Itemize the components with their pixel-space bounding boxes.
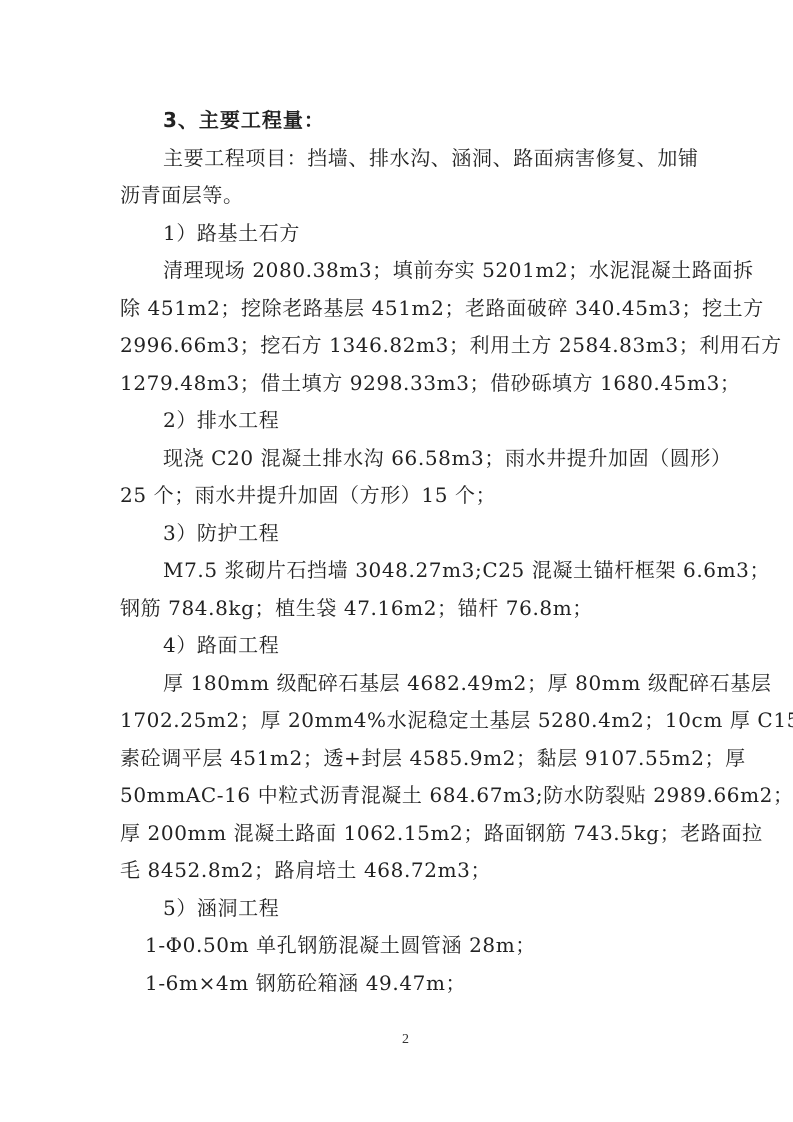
- paragraph-line: 厚 200mm 混凝土路面 1062.15m2；路面钢筋 743.5kg；老路面…: [120, 821, 763, 845]
- paragraph-line: M7.5 浆砌片石挡墙 3048.27m3;C25 混凝土锚杆框架 6.6m3；: [163, 558, 770, 582]
- paragraph-line: 2996.66m3；挖石方 1346.82m3；利用土方 2584.83m3；利…: [120, 333, 782, 357]
- paragraph-line: 现浇 C20 混凝土排水沟 66.58m3；雨水井提升加固（圆形）: [163, 446, 732, 470]
- paragraph-line: 1279.48m3；借土填方 9298.33m3；借砂砾填方 1680.45m3…: [120, 371, 741, 395]
- subsection-heading-protection: 3）防护工程: [163, 521, 279, 545]
- subsection-heading-pavement: 4）路面工程: [163, 633, 279, 657]
- page-number: 2: [402, 1032, 409, 1048]
- paragraph-line: 25 个；雨水井提升加固（方形）15 个；: [120, 483, 496, 507]
- subsection-heading-subgrade: 1）路基土石方: [163, 221, 300, 245]
- paragraph-line: 清理现场 2080.38m3；填前夯实 5201m2；水泥混凝土路面拆: [163, 258, 754, 282]
- paragraph-line: 除 451m2；挖除老路基层 451m2；老路面破碎 340.45m3；挖土方: [120, 296, 764, 320]
- subsection-heading-culvert: 5）涵洞工程: [163, 896, 279, 920]
- paragraph-line: 1702.25m2；厚 20mm4%水泥稳定土基层 5280.4m2；10cm …: [120, 708, 793, 732]
- paragraph-line: 素砼调平层 451m2；透+封层 4585.9m2；黏层 9107.55m2；厚: [120, 746, 746, 770]
- section-heading: 3、主要工程量：: [163, 108, 325, 132]
- intro-paragraph-line: 沥青面层等。: [120, 183, 244, 207]
- paragraph-line: 1-6m×4m 钢筋砼箱涵 49.47m；: [145, 971, 466, 995]
- paragraph-line: 50mmAC-16 中粒式沥青混凝土 684.67m3;防水防裂贴 2989.6…: [120, 783, 793, 807]
- intro-paragraph-line: 主要工程项目：挡墙、排水沟、涵洞、路面病害修复、加铺: [163, 146, 699, 170]
- paragraph-line: 1-Φ0.50m 单孔钢筋混凝土圆管涵 28m；: [145, 933, 536, 957]
- paragraph-line: 钢筋 784.8kg；植生袋 47.16m2；锚杆 76.8m；: [120, 596, 593, 620]
- document-page: 3、主要工程量： 主要工程项目：挡墙、排水沟、涵洞、路面病害修复、加铺 沥青面层…: [0, 0, 793, 1122]
- subsection-heading-drainage: 2）排水工程: [163, 408, 279, 432]
- paragraph-line: 毛 8452.8m2；路肩培土 468.72m3；: [120, 858, 491, 882]
- paragraph-line: 厚 180mm 级配碎石基层 4682.49m2；厚 80mm 级配碎石基层: [163, 671, 771, 695]
